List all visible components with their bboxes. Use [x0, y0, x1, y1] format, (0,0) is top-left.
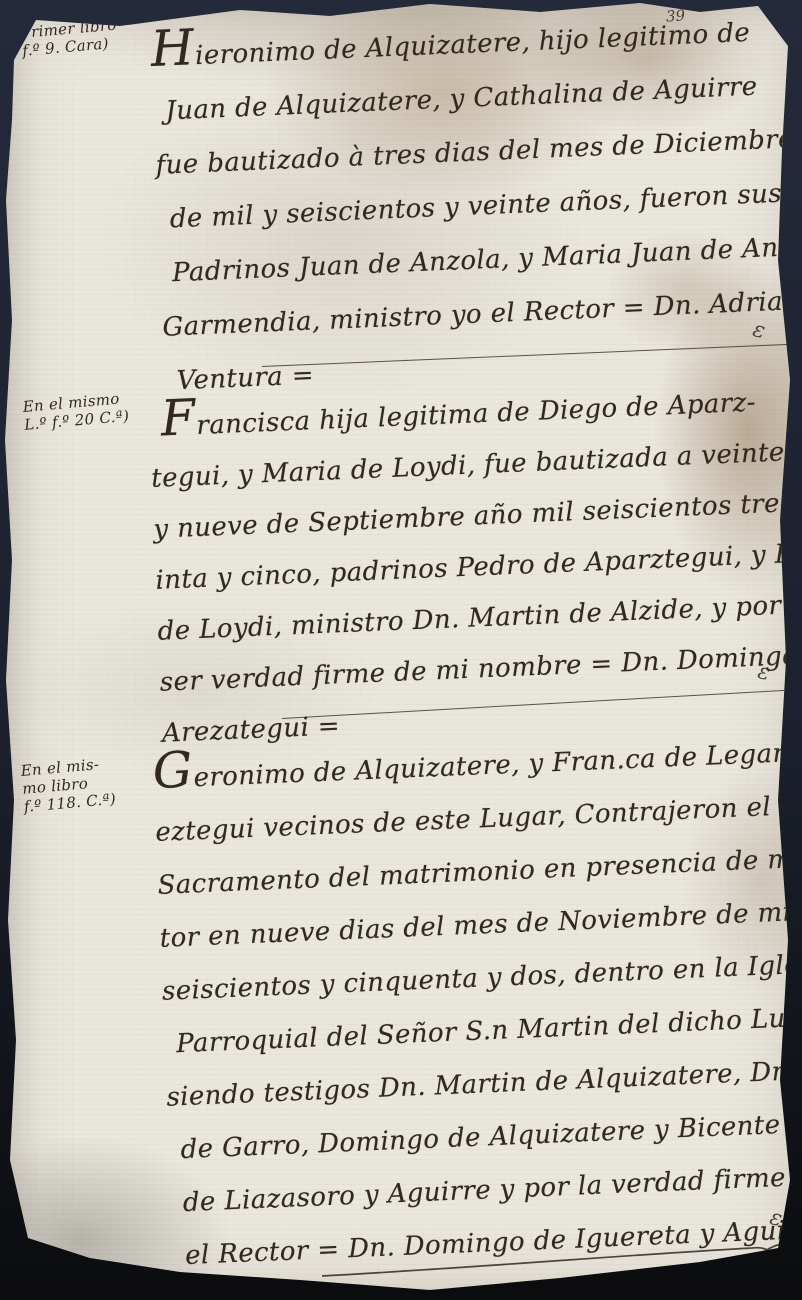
entry-marriage-geronimo: Geronimo de Alquizatere, y Fran.ca de Le…	[152, 724, 802, 1283]
paper-sheet: 39 Primer libro f.º 9. Cara) En el mismo…	[0, 0, 802, 1300]
closing-flourish-rule	[320, 1238, 800, 1282]
entry-baptism-francisca: Francisca hija legitima de Diego de Apar…	[148, 372, 802, 759]
margin-note-third-entry: En el mis- mo libro f.º 118. C.ª)	[20, 754, 117, 816]
manuscript-photo: 39 Primer libro f.º 9. Cara) En el mismo…	[0, 0, 802, 1300]
